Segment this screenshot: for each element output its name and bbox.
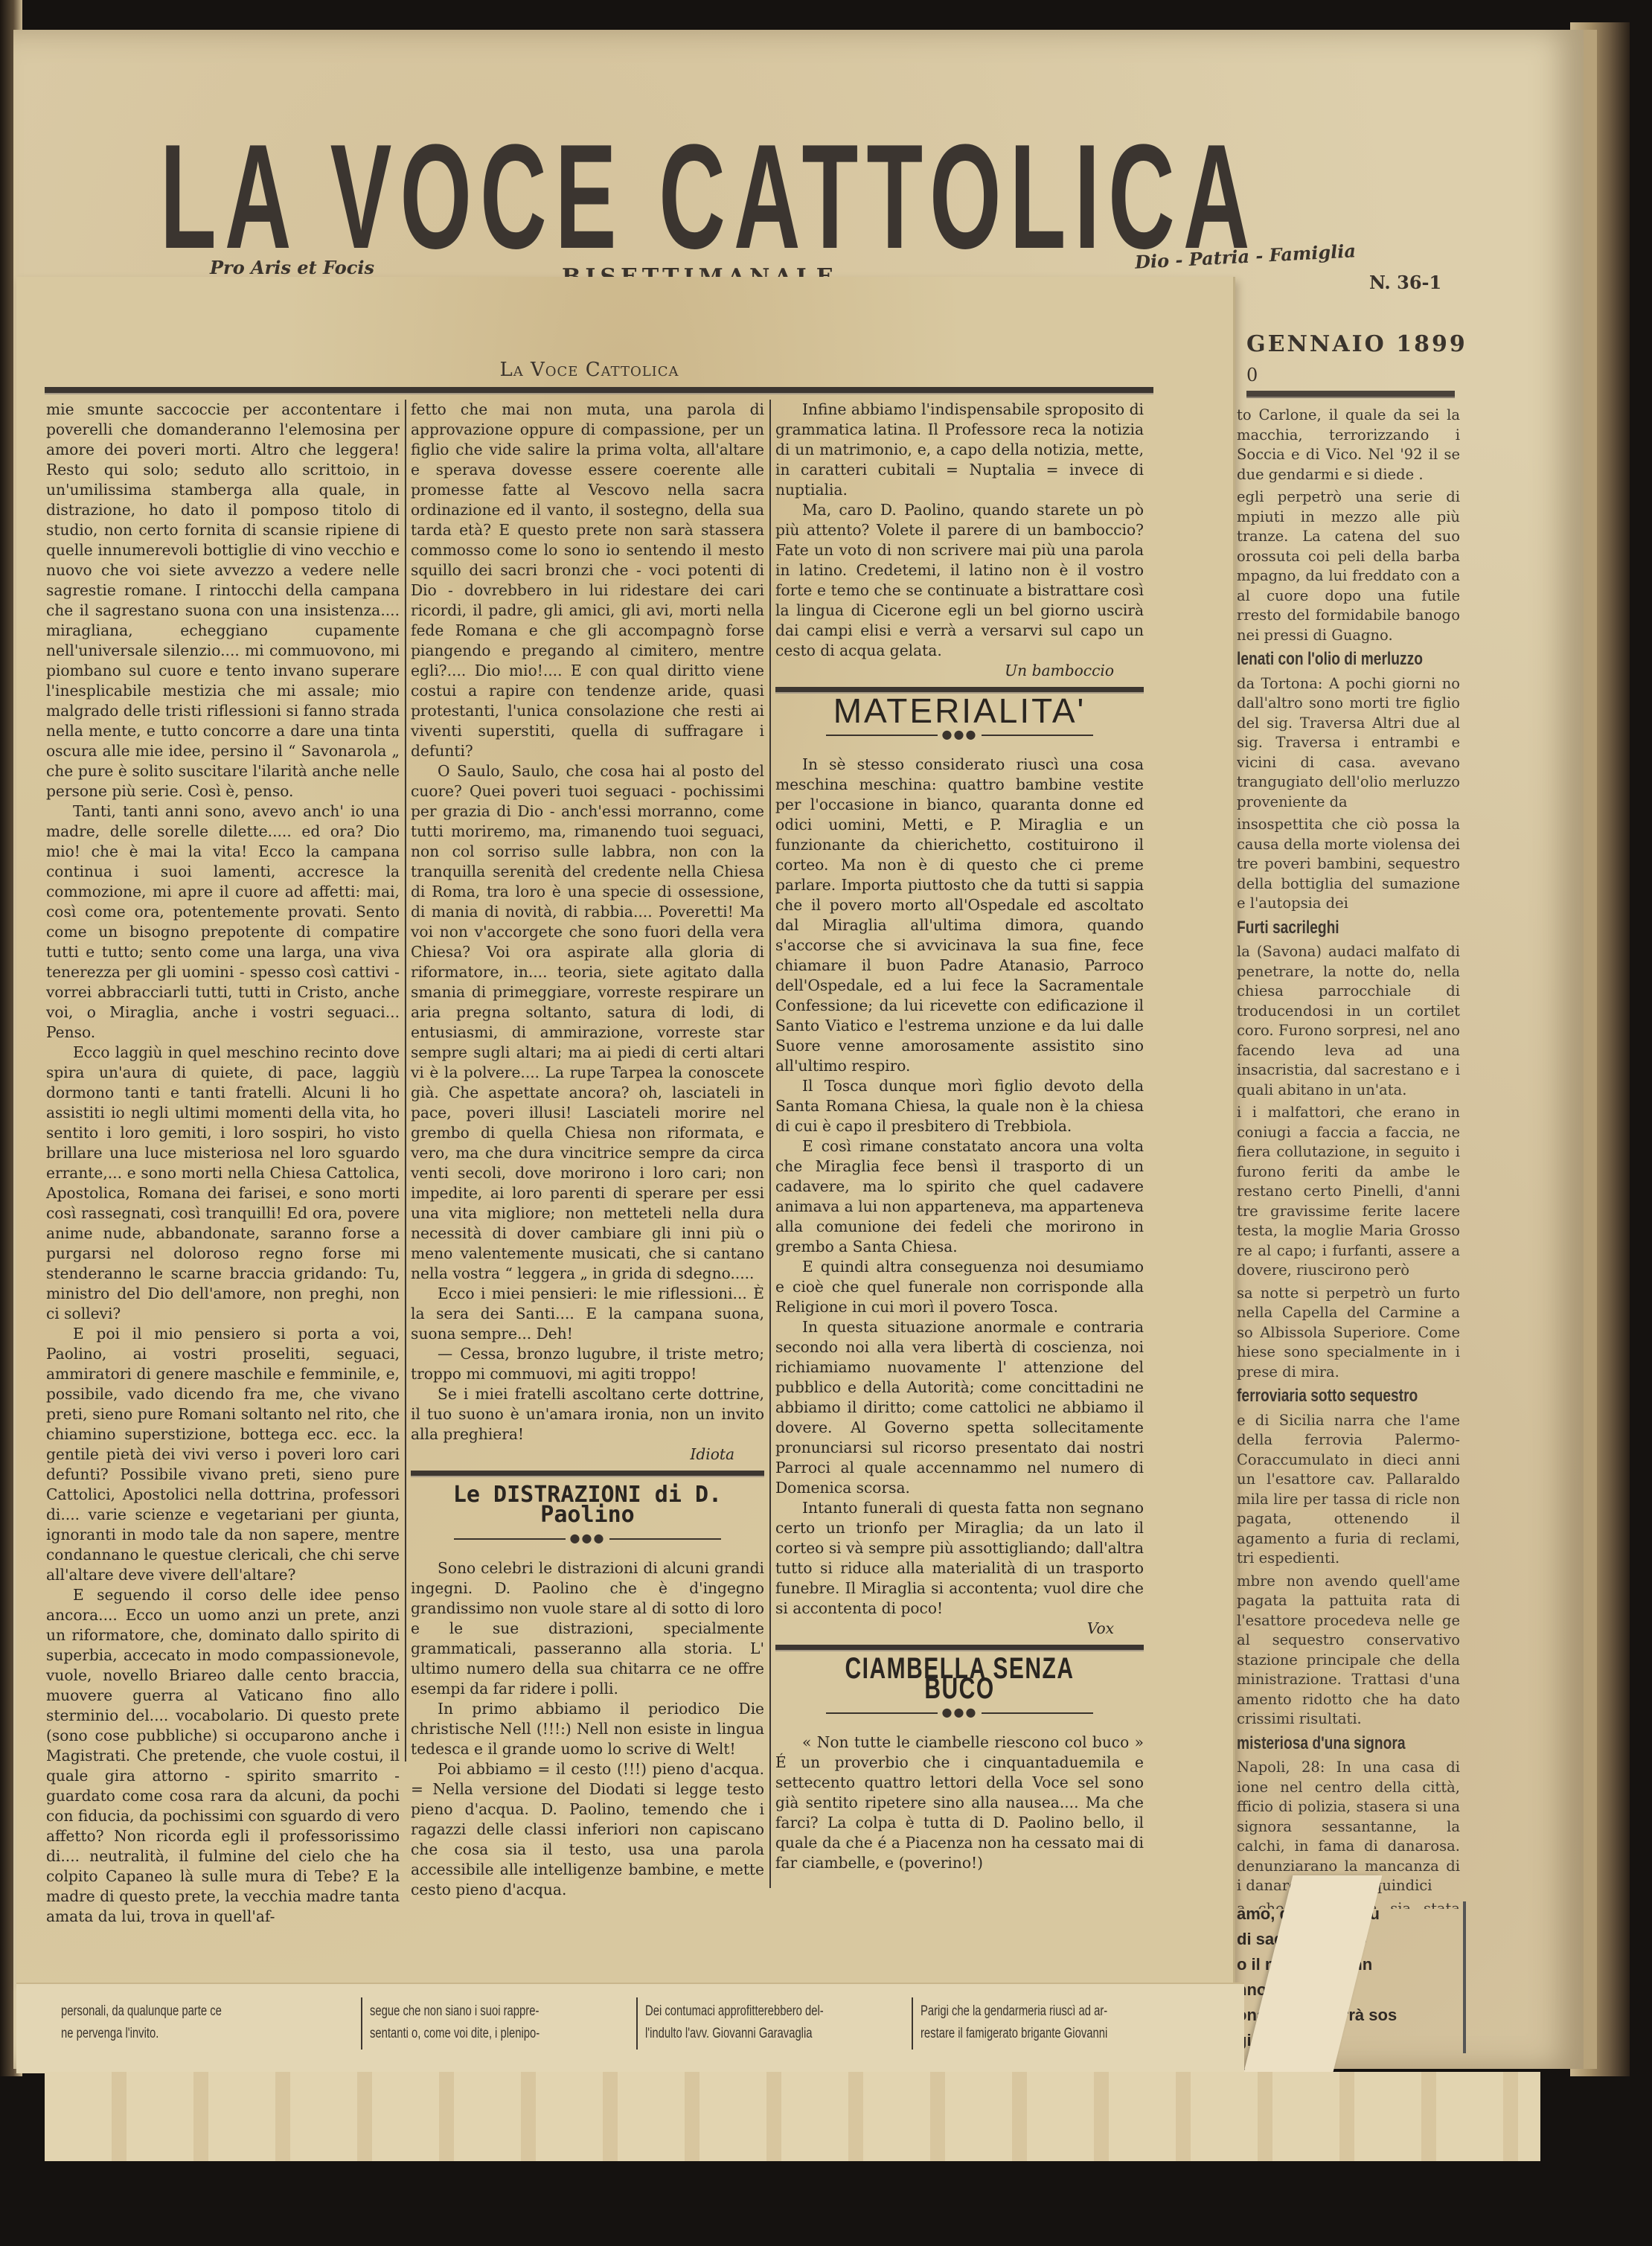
section-rule	[411, 1471, 764, 1477]
article-column-2: fetto che mai non muta, una parola di ap…	[411, 400, 764, 1900]
bottom-line: ne pervenga l'invito.	[61, 2023, 222, 2045]
news-paragraph: mbre non avendo quell'ame pagata la patt…	[1237, 1572, 1460, 1730]
issue-date: GENNAIO 1899	[1246, 331, 1467, 357]
ornament-divider: ●●●	[775, 724, 1144, 744]
column-separator	[912, 1997, 913, 2050]
headline-materialita: MATERIALITA'	[775, 701, 1144, 721]
paragraph: Intanto funerali di questa fatta non seg…	[775, 1498, 1144, 1619]
news-paragraph: e di Sicilia narra che l'ame della ferro…	[1237, 1411, 1460, 1569]
section-rule	[775, 1645, 1144, 1651]
bottom-text-strip: personali, da qualunque parte cene perve…	[16, 1983, 1244, 2073]
signature-bamboccio: Un bamboccio	[775, 661, 1144, 681]
bottom-line: segue che non siano i suoi rappre-	[370, 2000, 540, 2023]
bottom-column: segue che non siano i suoi rappre-sentan…	[370, 2000, 540, 2045]
news-headline: ferroviaria sotto sequestro	[1237, 1386, 1415, 1407]
signature-idiota: Idiota	[411, 1444, 764, 1465]
page-lower-margin	[45, 2072, 1540, 2161]
bottom-column: Dei contumaci approfitterebbero del-l'in…	[645, 2000, 824, 2045]
news-headline: lenati con l'olio di merluzzo	[1237, 650, 1415, 670]
paragraph: Se i miei fratelli ascoltano certe dottr…	[411, 1384, 764, 1444]
paragraph: In questa situazione anormale e contrari…	[775, 1317, 1144, 1498]
ornament-divider: ●●●	[775, 1702, 1144, 1722]
column-separator	[636, 1997, 638, 2050]
bottom-line: sentanti o, come voi dite, i plenipo-	[370, 2023, 540, 2045]
paragraph: mie smunte saccoccie per accontentare i …	[46, 400, 400, 802]
news-headline: Furti sacrileghi	[1237, 918, 1415, 938]
paragraph: fetto che mai non muta, una parola di ap…	[411, 400, 764, 761]
news-paragraph: to Carlone, il quale da sei la macchia, …	[1237, 406, 1460, 484]
ornament-divider: ●●●	[411, 1528, 764, 1548]
news-paragraph: egli perpetrò una serie di mpiuti in mez…	[1237, 487, 1460, 645]
bottom-column: personali, da qualunque parte cene perve…	[61, 2000, 222, 2045]
article-column-1: mie smunte saccoccie per accontentare i …	[46, 400, 400, 1927]
paragraph: « Non tutte le ciambelle riescono col bu…	[775, 1733, 1144, 1873]
news-paragraph: sa notte si perpetrò un furto nella Cape…	[1237, 1284, 1460, 1383]
paragraph: Il Tosca dunque morì figlio devoto della…	[775, 1076, 1144, 1136]
paragraph: E quindi altra conseguenza noi desumiamo…	[775, 1257, 1144, 1317]
paragraph: Ecco i miei pensieri: le mie riflessioni…	[411, 1284, 764, 1344]
bottom-line: Parigi che la gendarmeria riuscì ad ar-	[921, 2000, 1107, 2023]
article-column-3: Infine abbiamo l'indispensabile sproposi…	[775, 400, 1144, 1873]
news-paragraph: insospettita che ciò possa la causa dell…	[1237, 815, 1460, 914]
headline-ciambella: CIAMBELLA SENZA BUCO	[822, 1659, 1098, 1699]
bottom-line: personali, da qualunque parte ce	[61, 2000, 222, 2023]
paragraph: In sè stesso considerato riuscì una cosa…	[775, 755, 1144, 1076]
inner-page-overlay: La Voce Cattolica mie smunte saccoccie p…	[16, 277, 1235, 1983]
paragraph: E seguendo il corso delle idee penso anc…	[46, 1585, 400, 1927]
bottom-line: restare il famigerato brigante Giovanni	[921, 2023, 1107, 2045]
issue-number: N. 36-1	[1369, 272, 1441, 293]
signature-vox: Vox	[775, 1619, 1144, 1639]
column-separator	[769, 400, 771, 1888]
news-paragraph: la (Savona) audaci malfato di penetrare,…	[1237, 942, 1460, 1100]
paragraph: Tanti, tanti anni sono, avevo anch' io u…	[46, 802, 400, 1043]
paragraph: O Saulo, Saulo, che cosa hai al posto de…	[411, 761, 764, 1284]
bottom-column: Parigi che la gendarmeria riuscì ad ar-r…	[921, 2000, 1107, 2045]
headline-distrazioni: Le DISTRAZIONI di D. Paolino	[411, 1485, 764, 1525]
right-news-column: to Carlone, il quale da sei la macchia, …	[1237, 406, 1460, 1909]
column-separator	[405, 400, 406, 1762]
bottom-line: Dei contumaci approfitterebbero del-	[645, 2000, 824, 2023]
paragraph: — Cessa, bronzo lugubre, il triste metro…	[411, 1344, 764, 1384]
paragraph: Sono celebri le distrazioni di alcuni gr…	[411, 1558, 764, 1699]
news-paragraph: i i malfattori, che erano in coniugi a f…	[1237, 1103, 1460, 1281]
paragraph: Infine abbiamo l'indispensabile sproposi…	[775, 400, 1144, 500]
book-scan: LA VOCE CATTOLICA Pro Aris et Focis BISE…	[0, 0, 1652, 2246]
paragraph: In primo abbiamo il periodico Die christ…	[411, 1699, 764, 1759]
paragraph: E così rimane constatato ancora una volt…	[775, 1136, 1144, 1257]
running-head-rule	[45, 387, 1153, 394]
running-head: La Voce Cattolica	[16, 359, 1162, 381]
paragraph: E poi il mio pensiero si porta a voi, Pa…	[46, 1324, 400, 1585]
bottom-line: l'indulto l'avv. Giovanni Garavaglia	[645, 2023, 824, 2045]
motto-left: Pro Aris et Focis	[210, 257, 374, 278]
news-headline: misteriosa d'una signora	[1237, 1734, 1415, 1754]
column-separator	[361, 1997, 362, 2050]
header-rule-right	[1246, 391, 1455, 398]
paragraph: Ecco laggiù in quel meschino recinto dov…	[46, 1043, 400, 1324]
paragraph: Ma, caro D. Paolino, quando starete un p…	[775, 500, 1144, 661]
paragraph: Poi abbiamo = il cesto (!!!) pieno d'acq…	[411, 1759, 764, 1900]
news-paragraph: da Tortona: A pochi giorni no dall'altro…	[1237, 674, 1460, 813]
issue-date-sub: 0	[1246, 365, 1258, 385]
